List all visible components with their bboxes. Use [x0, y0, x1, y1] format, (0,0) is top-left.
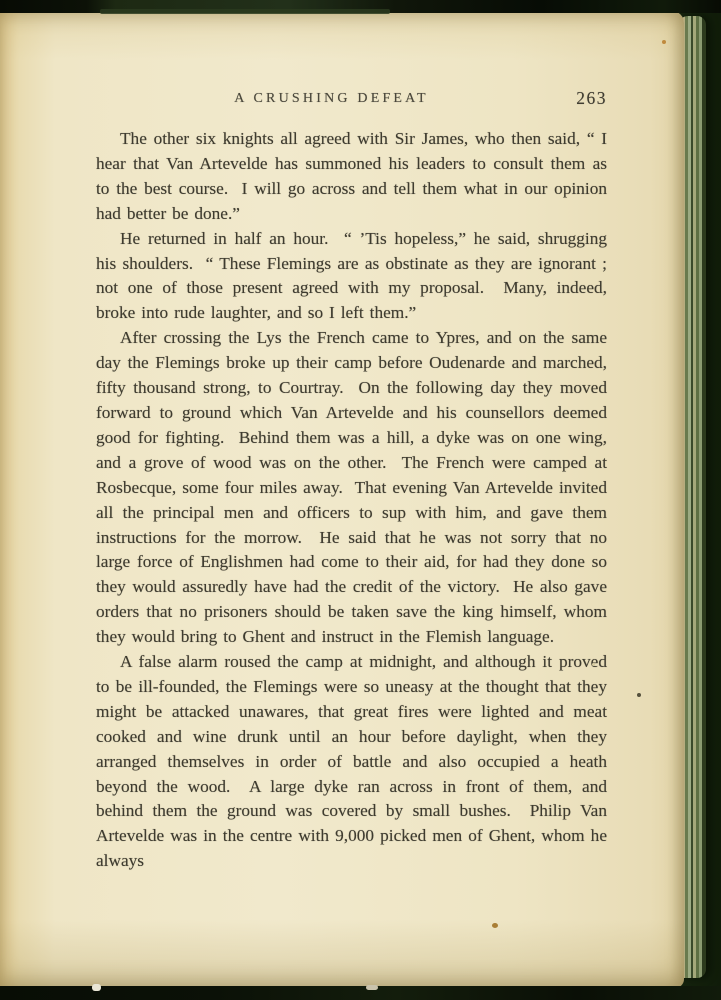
- cover-highlight: [100, 9, 390, 14]
- book-scan: A CRUSHING DEFEAT 263 The other six knig…: [0, 0, 721, 1000]
- cover-edge-bottom: [0, 986, 721, 1000]
- cover-edge-top: [0, 0, 721, 13]
- text-block: The other six knights all agreed with Si…: [96, 127, 607, 874]
- faint-speck: [592, 663, 595, 666]
- paper-fleck: [92, 984, 101, 991]
- page-number: 263: [576, 88, 607, 109]
- foxing-speck: [662, 40, 666, 44]
- header-title: A CRUSHING DEFEAT: [96, 91, 567, 107]
- paragraph: The other six knights all agreed with Si…: [96, 127, 607, 227]
- paper-fleck: [366, 985, 378, 990]
- paragraph: He returned in half an hour. “ ’Tis hope…: [96, 227, 607, 327]
- running-header: A CRUSHING DEFEAT 263: [96, 91, 607, 113]
- book-page: A CRUSHING DEFEAT 263 The other six knig…: [0, 11, 684, 988]
- ink-speck: [637, 693, 641, 697]
- foxing-speck: [492, 923, 498, 928]
- paragraph: A false alarm roused the camp at midnigh…: [96, 650, 607, 874]
- paragraph: After crossing the Lys the French came t…: [96, 326, 607, 650]
